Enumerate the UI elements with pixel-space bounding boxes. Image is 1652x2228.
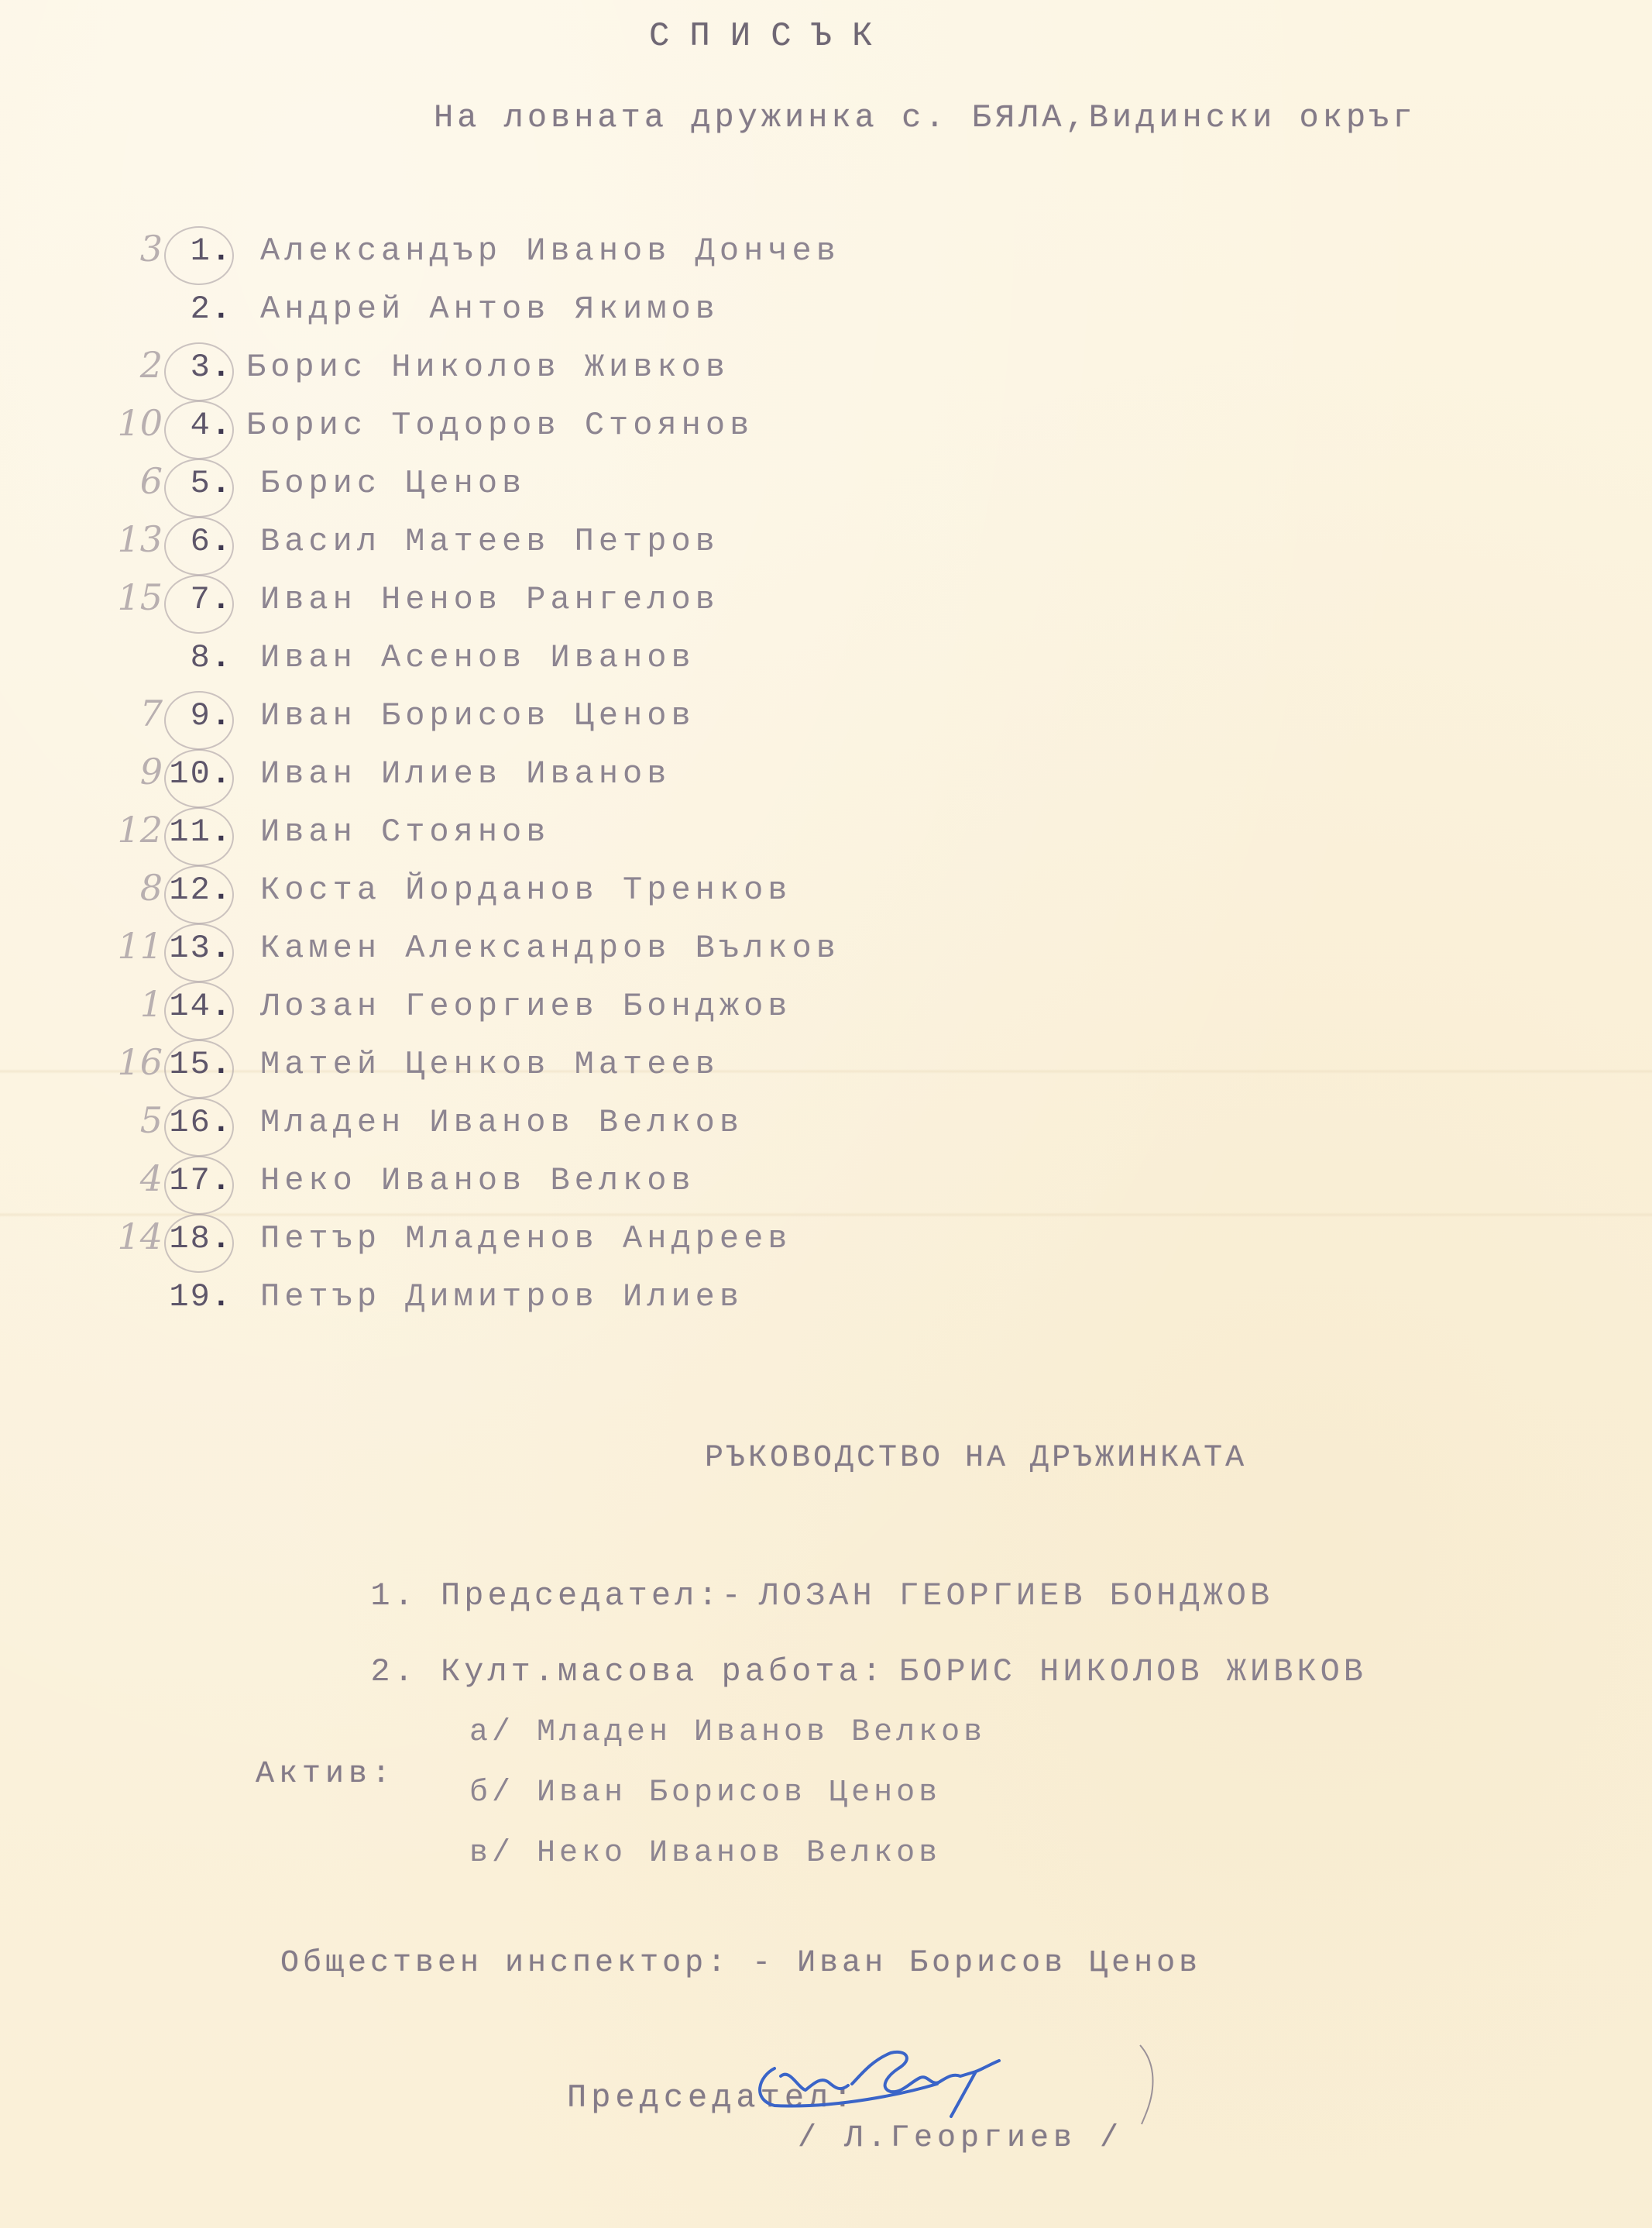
member-name: Матей Ценков Матеев <box>260 1046 720 1083</box>
pencil-mark: 11 <box>101 925 163 967</box>
document-title: СПИСЪК <box>649 17 892 56</box>
list-item: 9 10 Иван Илиев Иванов <box>0 755 1007 813</box>
pencil-mark: 15 <box>101 576 163 618</box>
list-item: 16 15 Матей Ценков Матеев <box>0 1046 1007 1104</box>
item-number: 12 <box>163 872 232 909</box>
handwritten-signature-icon <box>744 2045 1100 2123</box>
member-name: Петър Младенов Андреев <box>260 1220 792 1257</box>
leadership-row-chairman: 1. Председател:-ЛОЗАН ГЕОРГИЕВ БОНДЖОВ <box>324 1540 1273 1614</box>
member-name: Иван Асенов Иванов <box>260 639 695 676</box>
item-number: 16 <box>163 1104 232 1141</box>
list-item: 13 6 Васил Матеев Петров <box>0 523 1007 581</box>
item-number: 18 <box>163 1220 232 1257</box>
leadership-value: ЛОЗАН ГЕОРГИЕВ БОНДЖОВ <box>759 1577 1274 1614</box>
list-item: 7 9 Иван Борисов Ценов <box>0 697 1007 755</box>
list-item: 12 11 Иван Стоянов <box>0 813 1007 872</box>
item-number: 14 <box>163 988 232 1025</box>
item-number: 15 <box>163 1046 232 1083</box>
member-name: Андрей Антов Якимов <box>260 291 720 328</box>
item-number: 2 <box>163 291 232 328</box>
item-number: 8 <box>163 639 232 676</box>
list-item: 5 16 Младен Иванов Велков <box>0 1104 1007 1162</box>
member-name: Петър Димитров Илиев <box>260 1278 744 1315</box>
member-name: Лозан Георгиев Бонджов <box>260 988 792 1025</box>
leadership-row-culture: 2. Култ.масова работа:БОРИС НИКОЛОВ ЖИВК… <box>324 1616 1367 1690</box>
leadership-heading: РЪКОВОДСТВО НА ДРЪЖИНКАТА <box>705 1441 1247 1476</box>
list-item: 6 5 Борис Ценов <box>0 465 1007 523</box>
pencil-mark: 12 <box>101 809 163 851</box>
member-name: Иван Борисов Ценов <box>260 697 695 734</box>
bracket-mark-icon <box>1137 2042 1160 2127</box>
leadership-label: 1. Председател:- <box>370 1577 744 1614</box>
document-subtitle: На ловната дружинка с. БЯЛА,Видински окр… <box>434 99 1417 136</box>
pencil-mark: 14 <box>101 1215 163 1257</box>
list-item: 2 3 Борис Николов Живков <box>0 349 1007 407</box>
list-item: 15 7 Иван Ненов Рангелов <box>0 581 1007 639</box>
list-item: 4 17 Неко Иванов Велков <box>0 1162 1007 1220</box>
item-number: 7 <box>163 581 232 618</box>
member-name: Иван Ненов Рангелов <box>260 581 720 618</box>
item-number: 11 <box>163 813 232 851</box>
pencil-mark: 1 <box>101 983 163 1025</box>
item-number: 10 <box>163 755 232 793</box>
item-number: 19 <box>163 1278 232 1315</box>
list-item: 8 Иван Асенов Иванов <box>0 639 1007 697</box>
aktiv-item: в/ Неко Иванов Велков <box>469 1836 941 1871</box>
list-item: 14 18 Петър Младенов Андреев <box>0 1220 1007 1278</box>
list-item: 3 1 Александър Иванов Дончев <box>0 232 1007 291</box>
leadership-value: БОРИС НИКОЛОВ ЖИВКОВ <box>899 1653 1367 1690</box>
item-number: 13 <box>163 930 232 967</box>
member-name: Борис Тодоров Стоянов <box>246 407 754 444</box>
item-number: 17 <box>163 1162 232 1199</box>
pencil-mark: 13 <box>101 518 163 560</box>
pencil-mark: 6 <box>101 460 163 502</box>
pencil-mark: 8 <box>101 867 163 909</box>
pencil-mark: 3 <box>101 228 163 270</box>
pencil-mark: 9 <box>101 751 163 793</box>
member-name: Коста Йорданов Тренков <box>260 872 792 909</box>
pencil-mark: 4 <box>101 1157 163 1199</box>
item-number: 5 <box>163 465 232 502</box>
item-number: 9 <box>163 697 232 734</box>
aktiv-item: б/ Иван Борисов Ценов <box>469 1776 941 1810</box>
public-inspector: Обществен инспектор: - Иван Борисов Цено… <box>280 1946 1201 1981</box>
member-name: Камен Александров Вълков <box>260 930 840 967</box>
list-item: 19 Петър Димитров Илиев <box>0 1278 1007 1336</box>
list-item: 11 13 Камен Александров Вълков <box>0 930 1007 988</box>
aktiv-label: Актив: <box>256 1757 395 1792</box>
member-name: Иван Илиев Иванов <box>260 755 671 793</box>
member-name: Александър Иванов Дончев <box>260 232 840 270</box>
item-number: 6 <box>163 523 232 560</box>
item-number: 4 <box>163 407 232 444</box>
list-item: 10 4 Борис Тодоров Стоянов <box>0 407 1007 465</box>
member-name: Младен Иванов Велков <box>260 1104 744 1141</box>
leadership-label: 2. Култ.масова работа: <box>370 1653 885 1690</box>
signature-name: / Л.Георгиев / <box>798 2121 1123 2156</box>
aktiv-item: а/ Младен Иванов Велков <box>469 1715 986 1750</box>
pencil-mark: 16 <box>101 1041 163 1083</box>
list-item: 1 14 Лозан Георгиев Бонджов <box>0 988 1007 1046</box>
member-name: Неко Иванов Велков <box>260 1162 695 1199</box>
pencil-mark: 10 <box>101 402 163 444</box>
pencil-mark: 5 <box>101 1099 163 1141</box>
member-name: Борис Николов Живков <box>246 349 730 386</box>
pencil-mark: 7 <box>101 693 163 734</box>
pencil-mark: 2 <box>101 344 163 386</box>
list-item: 2 Андрей Антов Якимов <box>0 291 1007 349</box>
list-item: 8 12 Коста Йорданов Тренков <box>0 872 1007 930</box>
item-number: 3 <box>163 349 232 386</box>
item-number: 1 <box>163 232 232 270</box>
member-name: Борис Ценов <box>260 465 526 502</box>
member-name: Васил Матеев Петров <box>260 523 720 560</box>
member-name: Иван Стоянов <box>260 813 550 851</box>
